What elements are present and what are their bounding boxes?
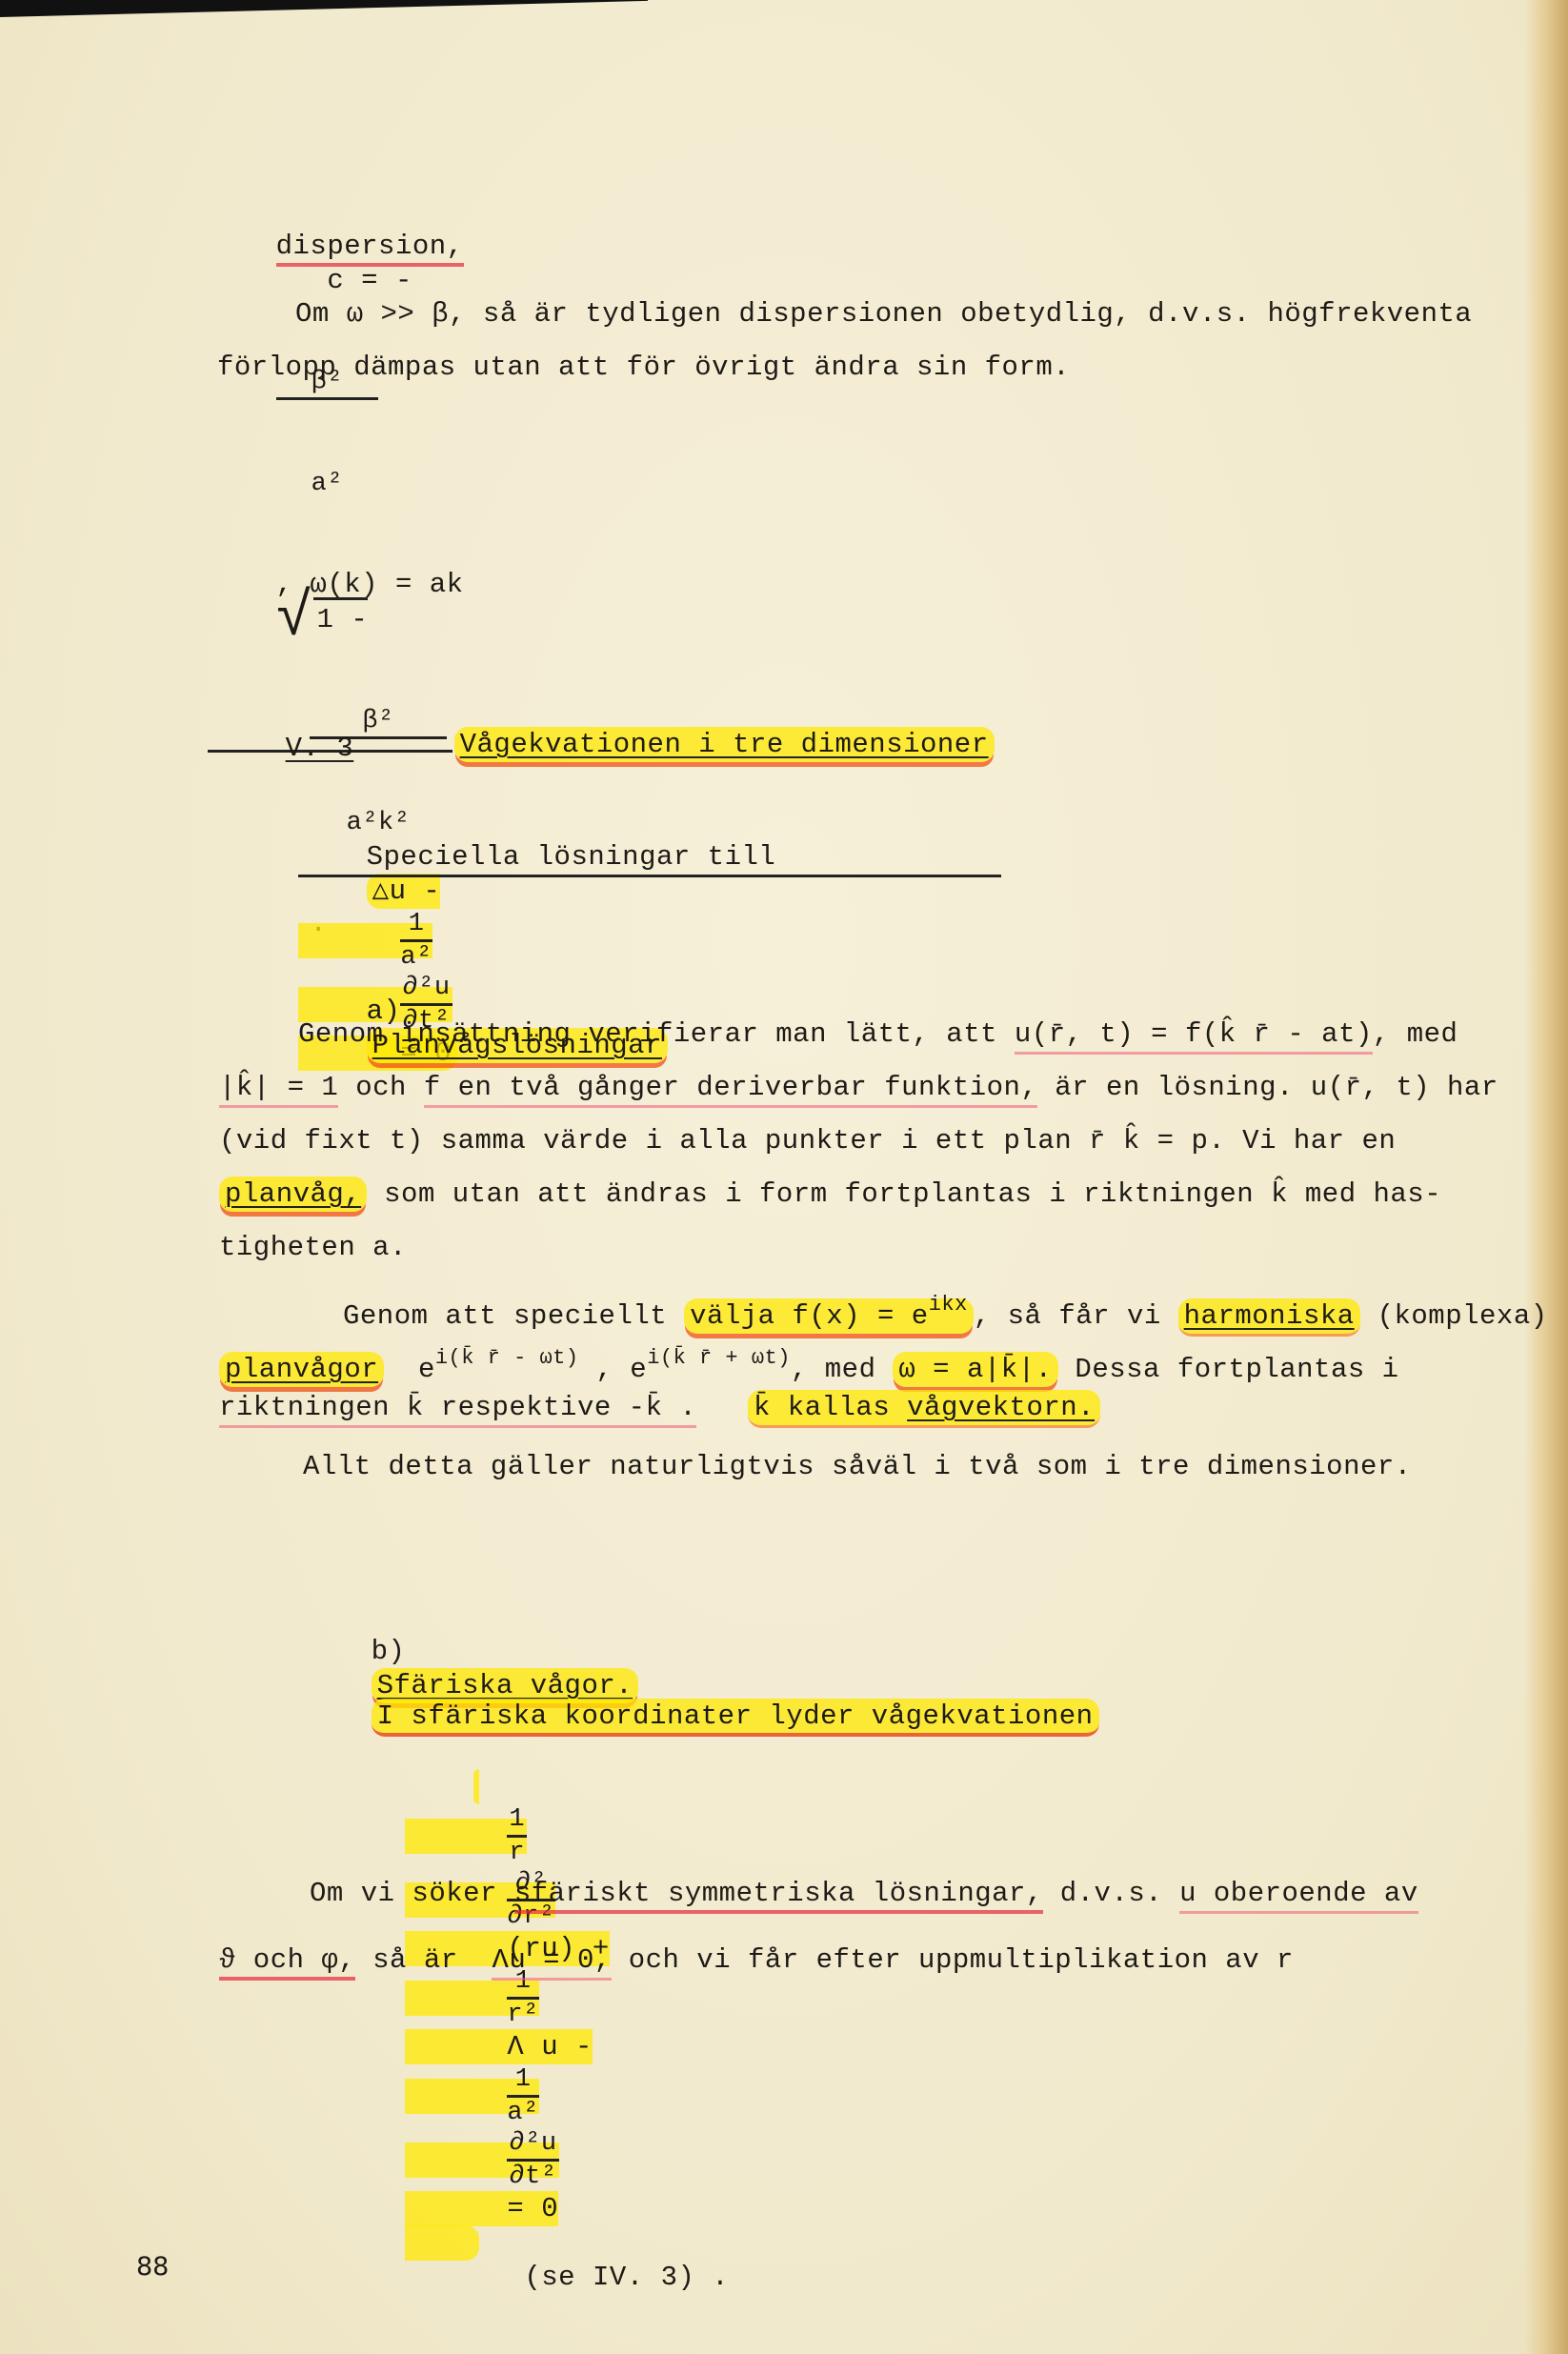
sub-b-p1-line1: Om vi söker sfäriskt symmetriska lösning… xyxy=(310,1877,1418,1911)
equation-reference: (se IV. 3) . xyxy=(524,2262,729,2293)
sub-a-p1-line1: Genom insättning verifierar man lätt, at… xyxy=(298,1017,1457,1052)
sub-a-p2-line2: planvågor ei(k̄ r̄ - ωt) , ei(k̄ r̄ + ωt… xyxy=(219,1341,1399,1387)
sub-a-p2-line1: Genom att speciellt välja f(x) = eikx, s… xyxy=(343,1288,1548,1334)
sub-a-p3: Allt detta gäller naturligtvis såväl i t… xyxy=(303,1450,1412,1484)
sub-a-p1-line4: planvåg, som utan att ändras i form fort… xyxy=(219,1177,1441,1212)
sub-a-p1-line3: (vid fixt t) samma värde i alla punkter … xyxy=(219,1124,1396,1158)
section-number: V. 3 xyxy=(217,697,353,800)
spherical-wave-equation: 1r ∂²∂r² (ru) + 1r² Λ u - 1a² ∂²u∂t² = 0… xyxy=(405,1736,729,2329)
c-label: c = - xyxy=(327,265,412,296)
page-number: 88 xyxy=(136,2252,169,2282)
para1-line2: förlopp dämpas utan att för övrigt ändra… xyxy=(217,351,1070,385)
c-fraction: β² a² xyxy=(276,298,378,568)
scanned-page: dispersion, c = - β² a² , ω(k) = ak √1 -… xyxy=(0,0,1568,2354)
dispersion-word: dispersion, xyxy=(276,231,464,267)
section-title: Vågekvationen i tre dimensioner xyxy=(386,694,995,796)
scan-edge-shadow xyxy=(0,0,648,17)
sub-a-p1-line2: |k̂| = 1 och f en två gånger deriverbar … xyxy=(219,1071,1498,1105)
sqrt-icon: √ xyxy=(276,585,313,654)
sub-b-p1-line2: ϑ och φ, så är Λu = 0, och vi får efter … xyxy=(219,1943,1294,1978)
sub-a-p2-line3: riktningen k̄ respektive -k̄ . k̄ kallas… xyxy=(219,1391,1100,1425)
sub-a-p1-line5: tigheten a. xyxy=(219,1231,407,1265)
para1-line1: Om ω >> β, så är tydligen dispersionen o… xyxy=(295,297,1472,332)
underline-rule xyxy=(298,875,1001,877)
